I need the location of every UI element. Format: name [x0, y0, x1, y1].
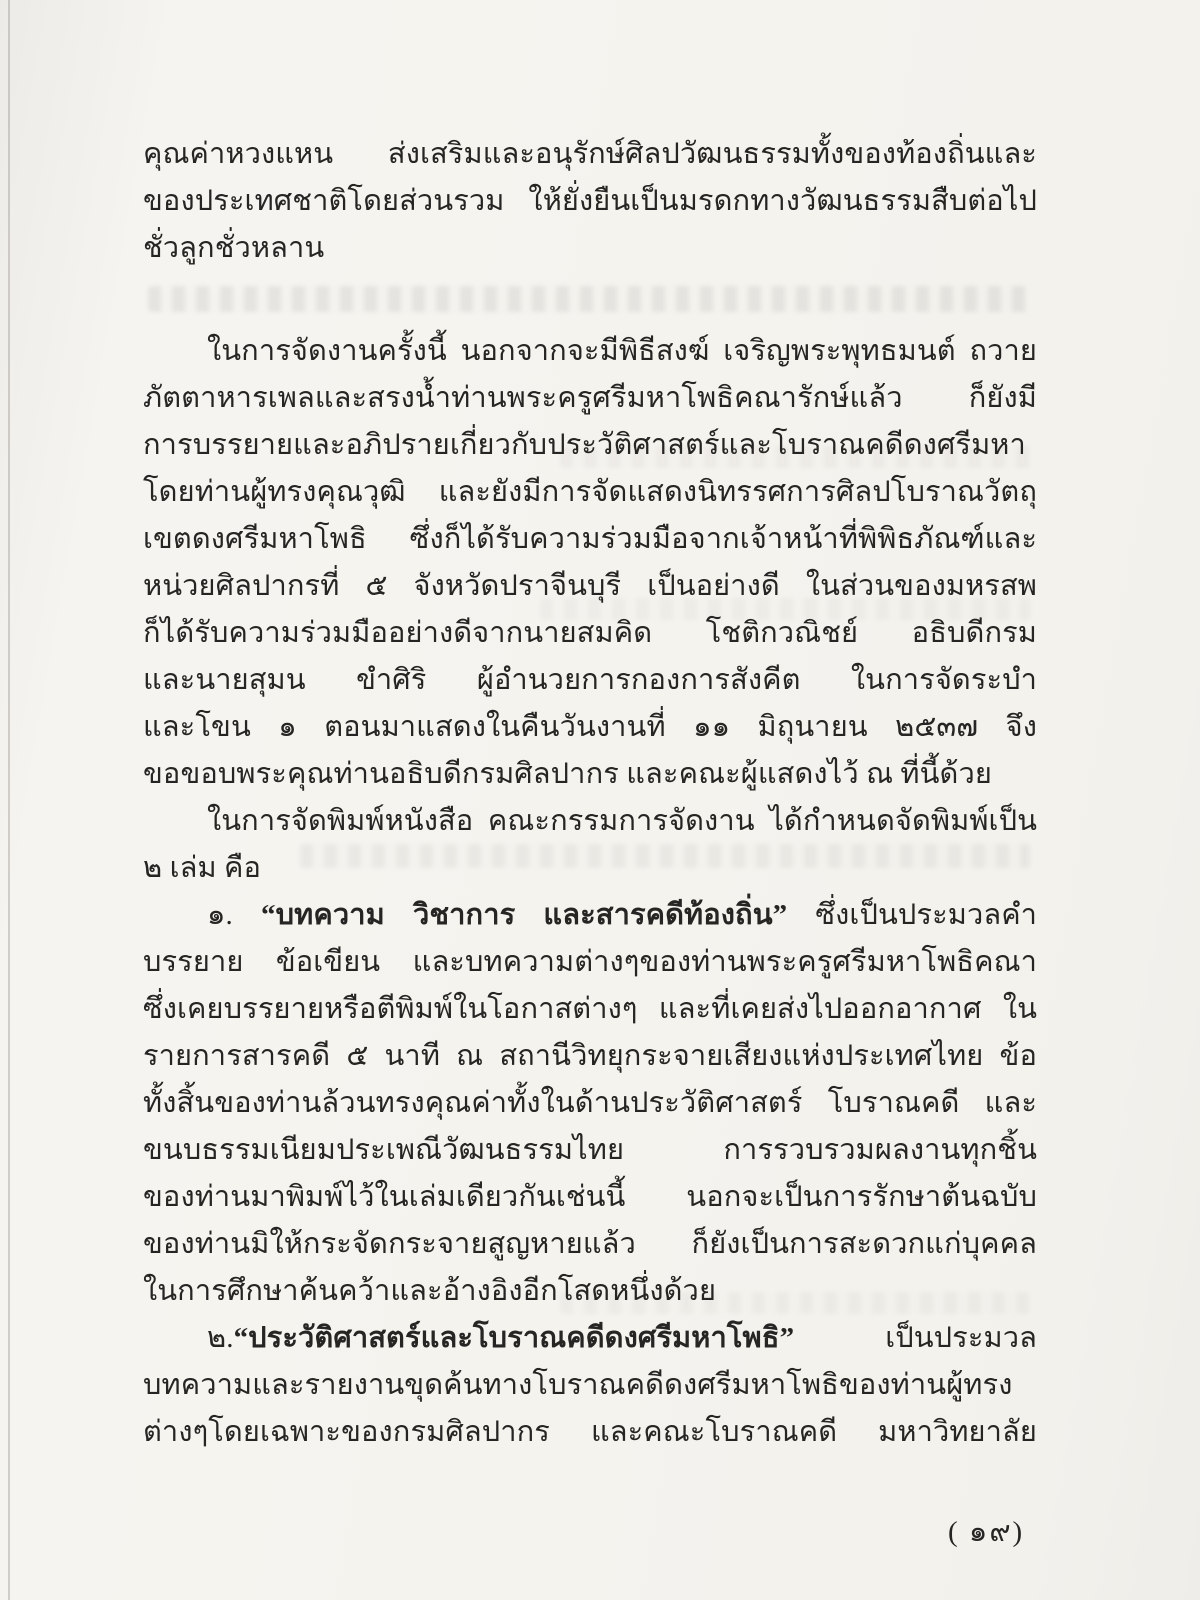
text-line: ภัตตาหารเพลและสรงน้ำท่านพระครูศรีมหาโพธิ…	[143, 375, 1037, 422]
text-line: ของท่านมาพิมพ์ไว้ในเล่มเดียวกันเช่นนี้ น…	[143, 1174, 1037, 1221]
paragraph-publication-intro: ในการจัดพิมพ์หนังสือ คณะกรรมการจัดงาน ได…	[143, 798, 1037, 892]
text-line: ๒ เล่ม คือ	[143, 845, 1037, 892]
text-line: หน่วยศิลปากรที่ ๕ จังหวัดปราจีนบุรี เป็น…	[143, 563, 1037, 610]
text-line: การบรรยายและอภิปรายเกี่ยวกับประวัติศาสตร…	[143, 422, 1037, 469]
text-line: ขอขอบพระคุณท่านอธิบดีกรมศิลปากร และคณะผู…	[143, 751, 1037, 798]
scan-edge-line	[8, 0, 10, 1600]
paragraph-book-item-1: ๑. “บทความ วิชาการ และสารคดีท้องถิ่น” ซึ…	[143, 892, 1037, 1315]
text-line: ขนบธรรมเนียมประเพณีวัฒนธรรมไทย การรวบรวม…	[143, 1127, 1037, 1174]
paragraph-event-description: ในการจัดงานครั้งนี้ นอกจากจะมีพิธีสงฆ์ เ…	[143, 328, 1037, 798]
text-line: รายการสารคดี ๕ นาที ณ สถานีวิทยุกระจายเส…	[143, 1033, 1037, 1080]
text-line: ในการจัดพิมพ์หนังสือ คณะกรรมการจัดงาน ได…	[143, 798, 1037, 845]
text-line: เขตดงศรีมหาโพธิ ซึ่งก็ได้รับความร่วมมือจ…	[143, 516, 1037, 563]
scanned-book-page: คุณค่าหวงแหน ส่งเสริมและอนุรักษ์ศิลปวัฒน…	[0, 0, 1200, 1600]
text-line: ๑. “บทความ วิชาการ และสารคดีท้องถิ่น” ซึ…	[143, 892, 1037, 939]
paragraph-continuation: คุณค่าหวงแหน ส่งเสริมและอนุรักษ์ศิลปวัฒน…	[143, 131, 1037, 272]
text-line: ในการจัดงานครั้งนี้ นอกจากจะมีพิธีสงฆ์ เ…	[143, 328, 1037, 375]
text-line: ของท่านมิให้กระจัดกระจายสูญหายแล้ว ก็ยัง…	[143, 1221, 1037, 1268]
text-line: ทั้งสิ้นของท่านล้วนทรงคุณค่าทั้งในด้านปร…	[143, 1080, 1037, 1127]
text-line: ในการศึกษาค้นคว้าและอ้างอิงอีกโสดหนึ่งด้…	[143, 1268, 1037, 1315]
text-line: ชั่วลูกชั่วหลาน	[143, 225, 1037, 272]
paragraph-book-item-2: ๒.“ประวัติศาสตร์และโบราณคดีดงศรีมหาโพธิ”…	[143, 1315, 1037, 1456]
page-number: ( ๑๙)	[948, 1508, 1024, 1554]
text-line: และโขน ๑ ตอนมาแสดงในคืนวันงานที่ ๑๑ มิถุ…	[143, 704, 1037, 751]
text-line: บรรยาย ข้อเขียน และบทความต่างๆของท่านพระ…	[143, 939, 1037, 986]
text-line: และนายสุมน ขำศิริ ผู้อำนวยการกองการสังคี…	[143, 657, 1037, 704]
text-line: ของประเทศชาติโดยส่วนรวม ให้ยั่งยืนเป็นมร…	[143, 178, 1037, 225]
text-line: ก็ได้รับความร่วมมืออย่างดีจากนายสมคิด โช…	[143, 610, 1037, 657]
text-line: ๒.“ประวัติศาสตร์และโบราณคดีดงศรีมหาโพธิ”…	[143, 1315, 1037, 1362]
text-line: ซึ่งเคยบรรยายหรือตีพิมพ์ในโอกาสต่างๆ และ…	[143, 986, 1037, 1033]
text-line: ต่างๆโดยเฉพาะของกรมศิลปากร และคณะโบราณคด…	[143, 1409, 1037, 1456]
text-line: โดยท่านผู้ทรงคุณวุฒิ และยังมีการจัดแสดงน…	[143, 469, 1037, 516]
text-block: คุณค่าหวงแหน ส่งเสริมและอนุรักษ์ศิลปวัฒน…	[143, 131, 1037, 1456]
text-line: บทความและรายงานขุดค้นทางโบราณคดีดงศรีมหา…	[143, 1362, 1037, 1409]
text-line: คุณค่าหวงแหน ส่งเสริมและอนุรักษ์ศิลปวัฒน…	[143, 131, 1037, 178]
